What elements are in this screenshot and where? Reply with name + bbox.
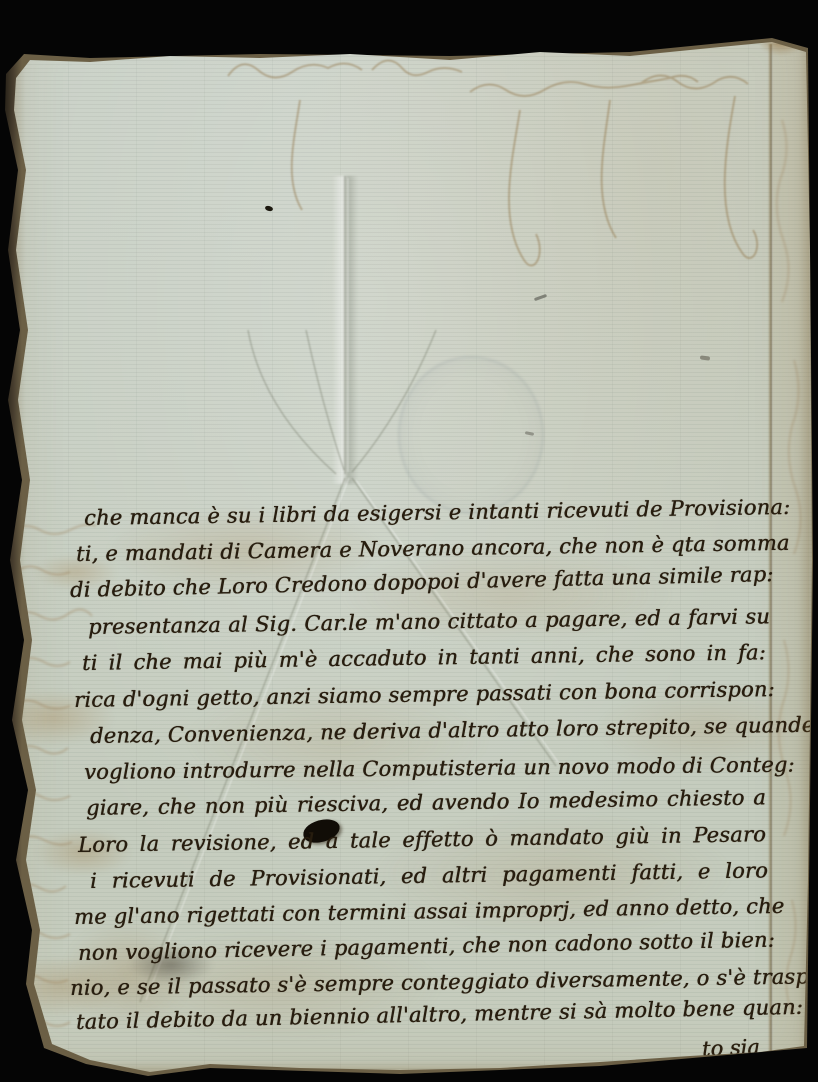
right-fold-line bbox=[768, 44, 774, 1052]
manuscript-line: di debito che Loro Credono dopopoi d'ave… bbox=[70, 562, 770, 602]
handwritten-text-block: che manca è su i libri da esigersi e int… bbox=[0, 0, 818, 1082]
wrinkle-highlights bbox=[146, 178, 558, 1000]
stain-dark-smudge bbox=[128, 946, 214, 984]
manuscript-line: i ricevuti de Provisionati, ed altri pag… bbox=[90, 858, 768, 893]
manuscript-line: me gl'ano rigettati con termini assai im… bbox=[74, 894, 770, 929]
ink-blot bbox=[302, 818, 342, 845]
right-strip-bleedthrough-squiggles bbox=[777, 120, 801, 1014]
right-fold-strip bbox=[773, 44, 809, 1050]
manuscript-line: ti il che mai più m'è accaduto in tanti … bbox=[82, 640, 766, 675]
manuscript-line: vogliono introdurre nella Computisteria … bbox=[84, 753, 770, 784]
manuscript-line: Loro la revisione, ed a tale effetto ò m… bbox=[78, 822, 766, 857]
ink-speck bbox=[525, 431, 534, 436]
manuscript-line: non vogliono ricevere i pagamenti, che n… bbox=[78, 928, 770, 965]
paper-sheet: che manca è su i libri da esigersi e int… bbox=[0, 0, 818, 1082]
catchword: to sia bbox=[702, 1035, 761, 1061]
stain-top-middle bbox=[556, 24, 576, 37]
ghost-writing-and-creases-overlay bbox=[0, 0, 818, 1082]
manuscript-line: presentanza al Sig. Car.le m'ano cittato… bbox=[88, 604, 770, 639]
manuscript-line: nio, e se il passato s'è sempre conteggi… bbox=[70, 965, 772, 1000]
center-crease bbox=[332, 176, 358, 484]
ink-bleedthrough-mottling bbox=[14, 505, 784, 1065]
manuscript-line: giare, che non più riesciva, ed avendo I… bbox=[86, 785, 766, 820]
paper-watermark bbox=[398, 356, 544, 514]
ink-speck bbox=[264, 205, 273, 212]
stain-left-wash bbox=[62, 920, 192, 1030]
manuscript-line: che manca è su i libri da esigersi e int… bbox=[84, 495, 774, 530]
manuscript-line: denza, Convenienza, ne deriva d'altro at… bbox=[90, 713, 770, 748]
top-bleedthrough-squiggles bbox=[228, 60, 757, 265]
ink-speck bbox=[534, 294, 547, 301]
manuscript-line: rica d'ogni getto, anzi siamo sempre pas… bbox=[74, 677, 768, 712]
wrinkle-creases bbox=[140, 176, 556, 1002]
scanned-manuscript-page: che manca è su i libri da esigersi e int… bbox=[0, 0, 818, 1082]
manuscript-line: ti, e mandati di Camera e Noverano ancor… bbox=[76, 531, 772, 566]
ink-speck bbox=[568, 33, 574, 38]
ink-speck bbox=[700, 355, 710, 360]
manuscript-line: tato il debito da un biennio all'altro, … bbox=[76, 995, 776, 1034]
